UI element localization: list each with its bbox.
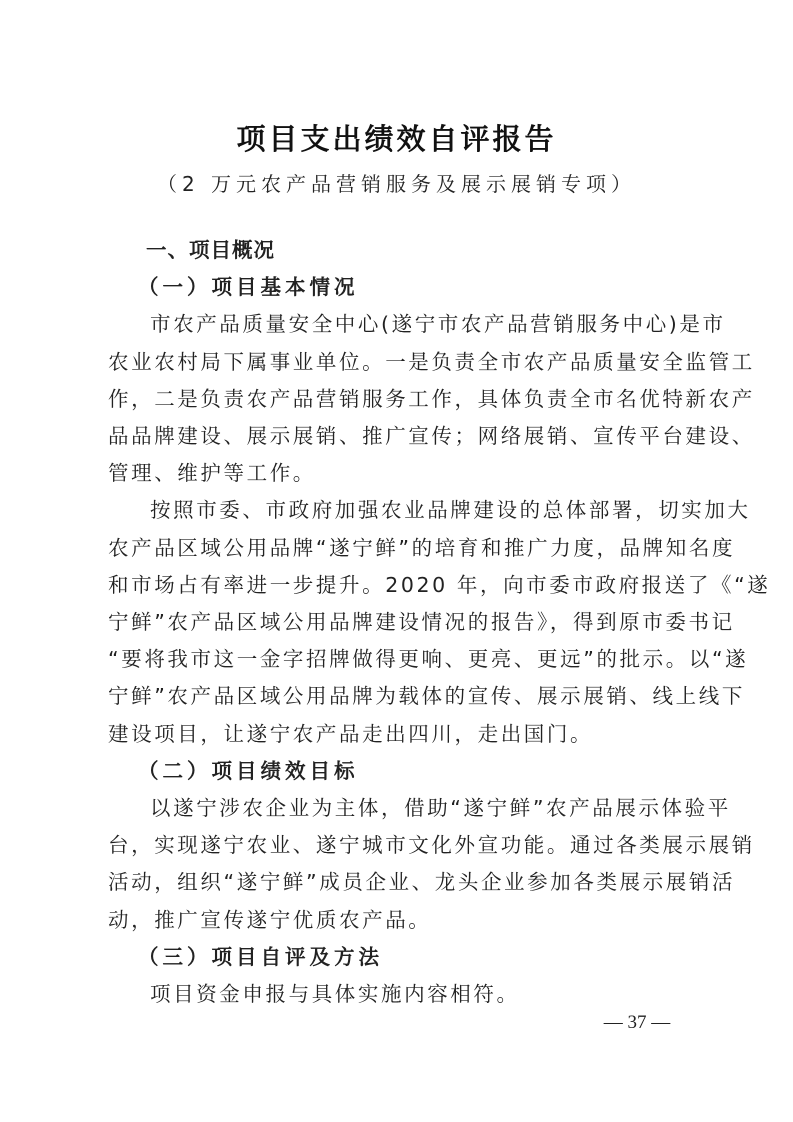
text-line: 品品牌建设、展示展销、推广宣传；网络展销、宣传平台建设、: [108, 418, 694, 455]
text-line: 农产品区域公用品牌“遂宁鲜”的培育和推广力度，品牌知名度: [108, 530, 694, 567]
document-page: 项目支出绩效自评报告 （2 万元农产品营销服务及展示展销专项） 一、项目概况 （…: [0, 0, 793, 1122]
text-line: 农业农村局下属事业单位。一是负责全市农产品质量安全监管工: [108, 344, 694, 381]
document-body: 一、项目概况 （一）项目基本情况 市农产品质量安全中心(遂宁市农产品营销服务中心…: [108, 232, 694, 1013]
text-line: 按照市委、市政府加强农业品牌建设的总体部署，切实加大: [108, 492, 694, 529]
text-line: 作，二是负责农产品营销服务工作，具体负责全市名优特新农产: [108, 381, 694, 418]
document-subtitle: （2 万元农产品营销服务及展示展销专项）: [0, 168, 793, 197]
text-line: 动，推广宣传遂宁优质农产品。: [108, 902, 694, 939]
subsection-heading: （一）项目基本情况: [108, 269, 694, 306]
subsection-heading: （三）项目自评及方法: [108, 939, 694, 976]
text-line: 管理、维护等工作。: [108, 455, 694, 492]
page-number: — 37 —: [592, 1012, 682, 1034]
paragraph: 市农产品质量安全中心(遂宁市农产品营销服务中心)是市 农业农村局下属事业单位。一…: [108, 306, 694, 492]
text-line: 项目资金申报与具体实施内容相符。: [108, 976, 694, 1013]
text-line: 市农产品质量安全中心(遂宁市农产品营销服务中心)是市: [108, 306, 694, 343]
text-line: 宁鲜”农产品区域公用品牌为载体的宣传、展示展销、线上线下: [108, 678, 694, 715]
document-title: 项目支出绩效自评报告: [0, 117, 793, 158]
text-line: 建设项目，让遂宁农产品走出四川，走出国门。: [108, 716, 694, 753]
section-heading: 一、项目概况: [108, 232, 694, 269]
text-line: 宁鲜”农产品区域公用品牌建设情况的报告》，得到原市委书记: [108, 604, 694, 641]
paragraph: 项目资金申报与具体实施内容相符。: [108, 976, 694, 1013]
text-line: “要将我市这一金字招牌做得更响、更亮、更远”的批示。以“遂: [108, 641, 694, 678]
paragraph: 按照市委、市政府加强农业品牌建设的总体部署，切实加大 农产品区域公用品牌“遂宁鲜…: [108, 492, 694, 752]
text-line: 活动，组织“遂宁鲜”成员企业、龙头企业参加各类展示展销活: [108, 864, 694, 901]
subsection-heading: （二）项目绩效目标: [108, 753, 694, 790]
text-line: 台，实现遂宁农业、遂宁城市文化外宣功能。通过各类展示展销: [108, 827, 694, 864]
text-line: 和市场占有率进一步提升。2020 年，向市委市政府报送了《“遂: [108, 567, 694, 604]
text-line: 以遂宁涉农企业为主体，借助“遂宁鲜”农产品展示体验平: [108, 790, 694, 827]
paragraph: 以遂宁涉农企业为主体，借助“遂宁鲜”农产品展示体验平 台，实现遂宁农业、遂宁城市…: [108, 790, 694, 939]
